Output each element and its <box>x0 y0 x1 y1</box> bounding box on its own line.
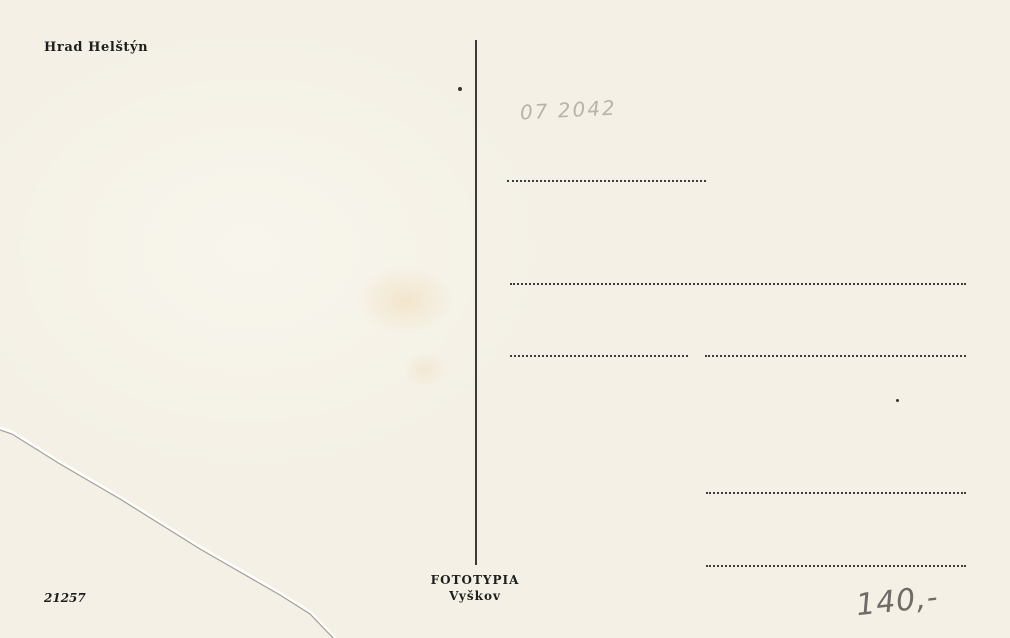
address-line-1 <box>507 180 706 182</box>
center-divider-line <box>475 40 477 565</box>
handwritten-pencil-note: 07 2042 <box>519 95 617 124</box>
ink-speck <box>458 87 462 91</box>
handwritten-price: 140,- <box>854 580 940 623</box>
serial-number: 21257 <box>44 591 86 605</box>
postcard-title: Hrad Helštýn <box>44 40 148 55</box>
address-line-3b <box>705 355 966 357</box>
publisher-name: FOTOTYPIA <box>410 572 540 588</box>
paper-crease <box>0 0 1010 638</box>
publisher-imprint: FOTOTYPIA Vyškov <box>410 572 540 604</box>
ink-speck <box>896 399 899 402</box>
address-line-4 <box>706 492 966 494</box>
address-line-2 <box>510 283 966 285</box>
postcard-back: Hrad Helštýn 07 2042 FOTOTYPIA Vyškov 21… <box>0 0 1010 638</box>
publisher-city: Vyškov <box>410 588 540 604</box>
address-line-5 <box>706 565 966 567</box>
address-line-3a <box>510 355 688 357</box>
